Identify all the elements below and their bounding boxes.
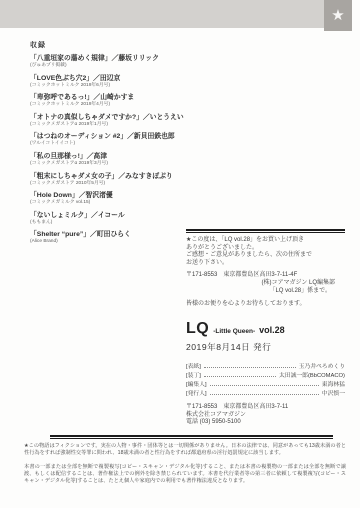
toc-heading: 収録 — [30, 40, 186, 50]
toc-item-title: 「LOVE色ぶち穴2」／田辺京 — [30, 75, 186, 83]
thanks-line-3: ご感想・ご意見がありましたら、次の住所まで — [186, 252, 345, 260]
thanks-line-1: ★この度は、「LQ vol.28」をお買い上げ頂き — [186, 237, 345, 245]
bookmark-star-button[interactable]: ★ — [324, 0, 352, 31]
toc-item-title: 「Hole Down」／智沢渚優 — [30, 192, 186, 200]
dotted-leader — [210, 394, 319, 395]
toc-item-source: (コミックメガストア 2010年5月号) — [30, 181, 186, 187]
title-main: LQ — [186, 320, 209, 338]
toc-list: 「八重垣家の蕩めく規律」／藤坂リリック (ぴゅあプリ掲載) 「LOVE色ぶち穴2… — [30, 55, 186, 245]
toc-item: 「粗末にしちゃダメ女の子」／みなすきぽぷり (コミックメガストア 2010年5月… — [30, 173, 186, 187]
reader-top-bar — [0, 0, 352, 28]
credit-name: 太田誠一郎(BbCOMACO) — [279, 370, 345, 379]
toc-item: 「Hole Down」／智沢渚優 (コミックメガミルク vol.15) — [30, 192, 186, 206]
title-volume: vol.28 — [259, 325, 285, 335]
star-icon: ★ — [331, 8, 344, 23]
credit-role: [装丁] — [186, 370, 201, 379]
toc-item: 「卑弥呼であるっ!」／山崎かすま (コミックホットミルク 2019年4月号) — [30, 94, 186, 108]
toc-item-title: 「粗末にしちゃダメ女の子」／みなすきぽぷり — [30, 173, 186, 181]
feedback-address-line2: (株)コアマガジン LQ編集部 — [186, 280, 345, 288]
toc-item: 「はつねのオーディション #2」／新貝田鉄也郎 (ワルイコトイイコト) — [30, 133, 186, 147]
toc-item-source: (ももまん) — [30, 220, 186, 226]
toc-item: 「LOVE色ぶち穴2」／田辺京 (コミックホットミルク 2019年6月号) — [30, 75, 186, 89]
feedback-note: ★この度は、「LQ vol.28」をお買い上げ頂き ありがとうございました。 ご… — [186, 237, 345, 309]
colophon-column: ★この度は、「LQ vol.28」をお買い上げ頂き ありがとうございました。 ご… — [186, 229, 345, 427]
credit-name: 中沢慎一 — [322, 388, 345, 397]
table-of-contents: 収録 「八重垣家の蕩めく規律」／藤坂リリック (ぴゅあプリ掲載) 「LOVE色ぶ… — [30, 40, 186, 251]
credit-name: 玉乃井ぺろめくり — [299, 361, 345, 370]
feedback-address-line3: 「LQ vol.28」係まで。 — [186, 288, 345, 296]
dotted-leader — [204, 376, 276, 377]
credit-row: [発行人] 中沢慎一 — [186, 388, 345, 397]
publication-title: LQ -Little Queen- vol.28 — [186, 320, 345, 338]
publisher-block: 〒171-8553 東京都豊島区高田3-7-11 株式会社コアマガジン 電話 (… — [186, 404, 345, 427]
credit-role: [編集人] — [186, 379, 207, 388]
fiction-disclaimer: ★この物語はフィクションです。実在の人物・事件・団体等とは一切関係がありません。… — [24, 443, 346, 457]
dotted-leader — [210, 385, 319, 386]
section-divider-bottom — [50, 435, 333, 439]
toc-item-source: (コミックメガミルク vol.15) — [30, 200, 186, 206]
section-divider-top — [186, 229, 345, 233]
toc-item: 「オトナの真似しちゃダメですか?」／いとうえい (コミックメガストアα 2019… — [30, 114, 186, 128]
toc-item-source: (コミックホットミルク 2019年6月号) — [30, 83, 186, 89]
toc-item-source: (ぴゅあプリ掲載) — [30, 63, 186, 69]
credits-list: [表紙] 玉乃井ぺろめくり [装丁] 太田誠一郎(BbCOMACO) [編集人]… — [186, 361, 345, 397]
feedback-address-line1: 〒171-8553 東京都豊島区高田3-7-11-4F — [186, 272, 345, 280]
publisher-address: 〒171-8553 東京都豊島区高田3-7-11 — [186, 404, 345, 412]
toc-item-source: (コミックメガストアα 2019年1月号) — [30, 122, 186, 128]
feedback-closing: 皆様のお便りを心よりお待ちしております。 — [186, 301, 345, 309]
toc-item-title: 「私の旦那様っ!」／高津 — [30, 153, 186, 161]
publish-date: 2019年8月14日 発行 — [186, 341, 345, 353]
toc-item-source: (Alice Brand) — [30, 239, 186, 245]
copyright-notice: 本書の一部または全部を無断で複製複写(コピー・スキャン・デジタル化等)すること、… — [24, 464, 346, 485]
toc-item-title: 「オトナの真似しちゃダメですか?」／いとうえい — [30, 114, 186, 122]
credit-row: [表紙] 玉乃井ぺろめくり — [186, 361, 345, 370]
credit-row: [装丁] 太田誠一郎(BbCOMACO) — [186, 370, 345, 379]
toc-item-source: (ワルイコトイイコト) — [30, 141, 186, 147]
credit-name: 東海林猛 — [322, 379, 345, 388]
credit-role: [発行人] — [186, 388, 207, 397]
toc-item: 「ないしょミルク」／イコール (ももまん) — [30, 212, 186, 226]
toc-item: 「八重垣家の蕩めく規律」／藤坂リリック (ぴゅあプリ掲載) — [30, 55, 186, 69]
toc-item-title: 「ないしょミルク」／イコール — [30, 212, 186, 220]
toc-item-title: 「卑弥呼であるっ!」／山崎かすま — [30, 94, 186, 102]
dotted-leader — [204, 367, 296, 368]
colophon-page: ★ 収録 「八重垣家の蕩めく規律」／藤坂リリック (ぴゅあプリ掲載) 「LOVE… — [0, 0, 360, 508]
publisher-telephone: 電話 (03) 5950-5100 — [186, 419, 345, 427]
toc-item: 「Shelter “pure”」／町田ひらく (Alice Brand) — [30, 231, 186, 245]
credit-row: [編集人] 東海林猛 — [186, 379, 345, 388]
thanks-line-4: お送り下さい。 — [186, 260, 345, 268]
toc-item-source: (コミックメガストアα 2019年3月号) — [30, 161, 186, 167]
toc-item-title: 「八重垣家の蕩めく規律」／藤坂リリック — [30, 55, 186, 63]
toc-item-source: (コミックホットミルク 2019年4月号) — [30, 102, 186, 108]
legal-notice: ★この物語はフィクションです。実在の人物・事件・団体等とは一切関係がありません。… — [24, 443, 346, 485]
toc-item: 「私の旦那様っ!」／高津 (コミックメガストアα 2019年3月号) — [30, 153, 186, 167]
credit-role: [表紙] — [186, 361, 201, 370]
title-subtitle: -Little Queen- — [213, 328, 255, 335]
